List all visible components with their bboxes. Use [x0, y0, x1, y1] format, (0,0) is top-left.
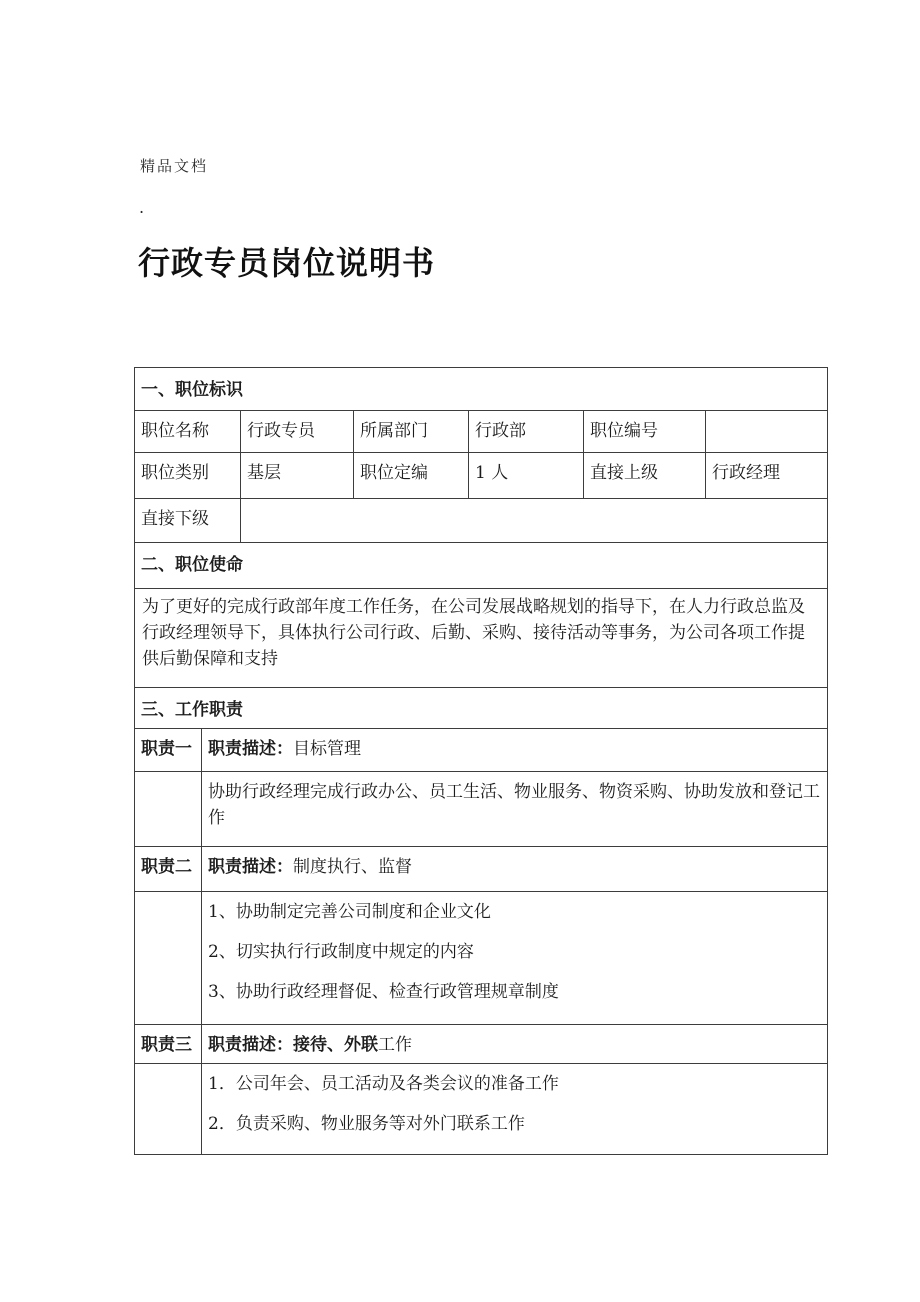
cell-position-category-label: 职位类别 [135, 453, 241, 499]
mission-text-cell: 为了更好的完成行政部年度工作任务，在公司发展战略规划的指导下，在人力行政总监及行… [135, 589, 828, 688]
cell-position-number-label: 职位编号 [584, 411, 706, 453]
duty3-desc-bold: 职责描述：接待、外联 [208, 1035, 378, 1055]
job-description-table: 一、职位标识 职位名称 行政专员 所属部门 行政部 职位编号 职位类别 基层 职… [134, 367, 828, 1155]
duty-item: 2、切实执行行政制度中规定的内容 [208, 939, 821, 965]
mission-paragraph: 为了更好的完成行政部年度工作任务，在公司发展战略规划的指导下，在人力行政总监及行… [142, 594, 813, 672]
cell-direct-subordinate-value [241, 499, 828, 543]
duty-item: 2．负责采购、物业服务等对外门联系工作 [208, 1111, 821, 1137]
cell-position-number-value [706, 411, 828, 453]
duty2-label-cell: 职责二 [135, 847, 202, 892]
cell-position-category-value: 基层 [241, 453, 354, 499]
duty3-description-cell: 职责描述：接待、外联工作 [202, 1025, 828, 1064]
section1-header: 一、职位标识 [135, 368, 828, 411]
document-page: 精品文档 . 行政专员岗位说明书 一、职位标识 职位名称 行政专员 所属部门 行… [0, 0, 920, 1302]
duty2-description-cell: 职责描述：制度执行、监督 [202, 847, 828, 892]
cell-direct-subordinate-label: 直接下级 [135, 499, 241, 543]
cell-position-name-value: 行政专员 [241, 411, 354, 453]
duty-item: 协助行政经理完成行政办公、员工生活、物业服务、物资采购、协助发放和登记工作 [208, 779, 821, 831]
watermark-text: 精品文档 [140, 155, 208, 176]
cell-direct-superior-value: 行政经理 [706, 453, 828, 499]
duty3-items-cell: 1．公司年会、员工活动及各类会议的准备工作 2．负责采购、物业服务等对外门联系工… [202, 1064, 828, 1155]
stray-dot-text: . [139, 198, 144, 217]
cell-direct-superior-label: 直接上级 [584, 453, 706, 499]
duty3-spacer-cell [135, 1064, 202, 1155]
duty-item: 3、协助行政经理督促、检查行政管理规章制度 [208, 979, 821, 1005]
duty1-desc-rest: 目标管理 [293, 739, 361, 759]
duty1-items-cell: 协助行政经理完成行政办公、员工生活、物业服务、物资采购、协助发放和登记工作 [202, 772, 828, 847]
cell-headcount-label: 职位定编 [354, 453, 469, 499]
section2-header: 二、职位使命 [135, 543, 828, 589]
duty2-spacer-cell [135, 892, 202, 1025]
cell-department-value: 行政部 [469, 411, 584, 453]
duty3-label-cell: 职责三 [135, 1025, 202, 1064]
duty1-spacer-cell [135, 772, 202, 847]
cell-headcount-value: 1 人 [469, 453, 584, 499]
cell-position-name-label: 职位名称 [135, 411, 241, 453]
duty-item: 1、协助制定完善公司制度和企业文化 [208, 899, 821, 925]
page-title: 行政专员岗位说明书 [138, 238, 435, 284]
section3-header: 三、工作职责 [135, 688, 828, 729]
duty1-label-cell: 职责一 [135, 729, 202, 772]
duty2-items-cell: 1、协助制定完善公司制度和企业文化 2、切实执行行政制度中规定的内容 3、协助行… [202, 892, 828, 1025]
duty1-description-cell: 职责描述：目标管理 [202, 729, 828, 772]
duty1-desc-bold: 职责描述： [208, 739, 293, 759]
duty2-desc-bold: 职责描述： [208, 857, 293, 877]
cell-department-label: 所属部门 [354, 411, 469, 453]
duty3-desc-rest: 工作 [378, 1035, 412, 1055]
duty-item: 1．公司年会、员工活动及各类会议的准备工作 [208, 1071, 821, 1097]
duty2-desc-rest: 制度执行、监督 [293, 857, 412, 877]
